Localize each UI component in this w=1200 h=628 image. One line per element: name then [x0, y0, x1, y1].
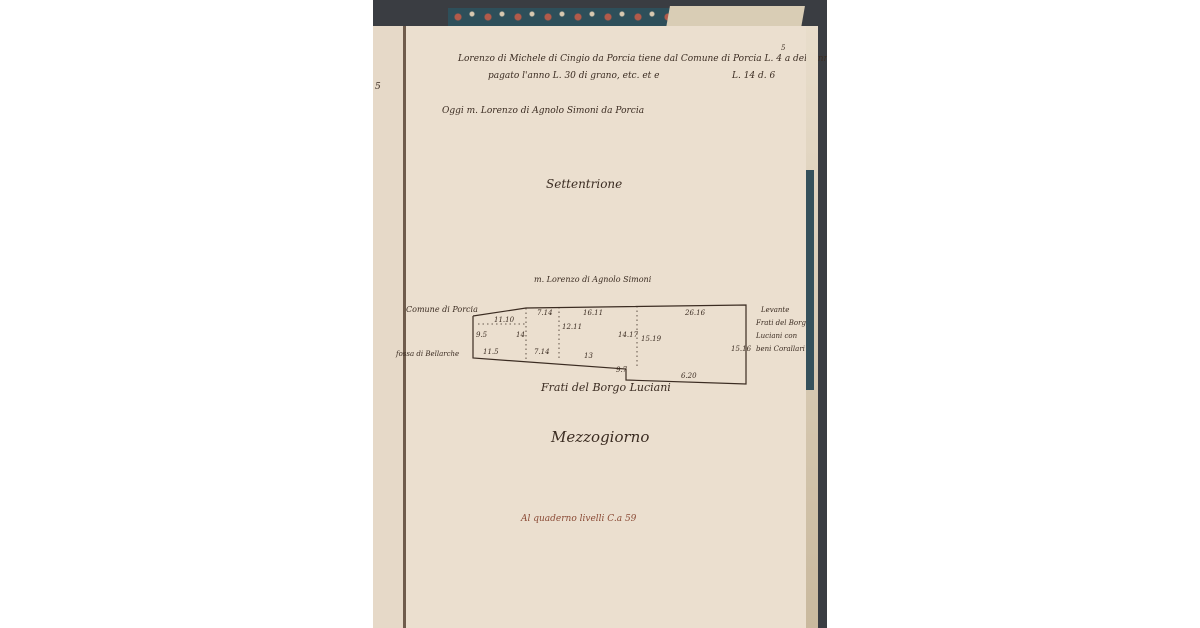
flyleaf-corner [666, 6, 805, 28]
measurement: 14.17 [618, 331, 638, 339]
measurement: 15.16 [731, 345, 751, 353]
measurement: 6.20 [681, 372, 697, 380]
marbled-cover-strip [448, 8, 673, 26]
measurement: 9.5 [476, 331, 487, 339]
left-page-edge: 5 [373, 26, 403, 628]
manuscript-page: 5 Lorenzo di Michele di Cingio da Porcia… [406, 26, 806, 628]
left-margin-number: 5 [375, 82, 381, 92]
measurement: 9.7 [616, 366, 627, 374]
measurement: 12.11 [562, 323, 582, 331]
measurement: 13 [584, 352, 593, 360]
measurement: 26.16 [685, 309, 705, 317]
manuscript-scan: 5 5 Lorenzo di Michele di Cingio da Porc… [373, 0, 827, 628]
measurement: 11.5 [483, 348, 499, 356]
cover-edge-pattern [806, 170, 814, 390]
measurement: 15.19 [641, 335, 661, 343]
plan-bottom-neighbor: Frati del Borgo Luciani [541, 381, 671, 394]
measurement: 16.11 [583, 309, 603, 317]
measurement: 14 [516, 331, 525, 339]
land-plot-plan [406, 26, 806, 628]
measurement: 7.14 [537, 309, 553, 317]
south-label: Mezzogiorno [551, 428, 649, 446]
footer-ledger-reference: Al quaderno livelli C.a 59 [521, 514, 636, 524]
measurement: 11.10 [494, 316, 514, 324]
measurement: 7.14 [534, 348, 550, 356]
